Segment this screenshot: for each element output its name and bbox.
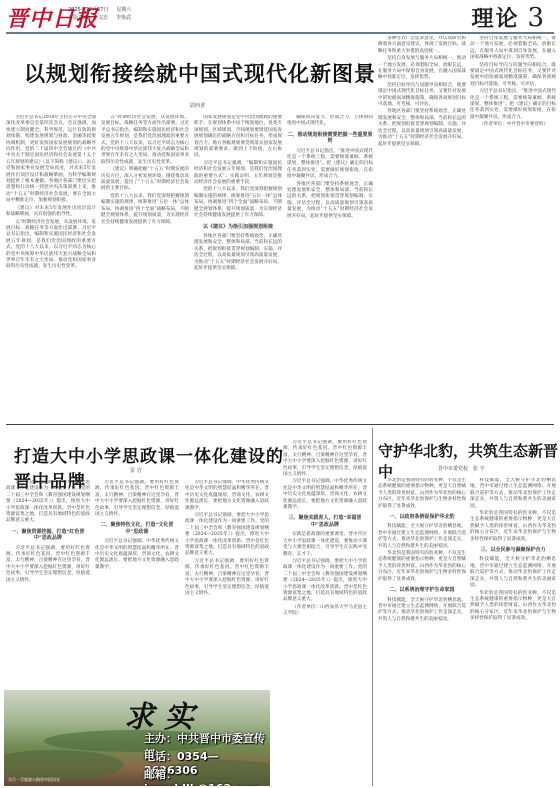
section-heading: 二、推动规划衔接需要把握一些重要原则	[287, 132, 373, 145]
article2-col-1: 习近平总书记强调，要把大中小学思政课一体化建设作为一项重要工作。党的二十届三中全…	[6, 480, 90, 685]
paragraph: 党的十八大以来，我们党深刻把握规划编制实施的规律，统筹推进“五位一体”总体布局，…	[194, 187, 282, 219]
page-header: 晋中日报 2025年12月27日星期六 本版责编：王文忠李艳武 理论3	[0, 0, 560, 34]
editor-label: 本版责编：	[68, 15, 93, 21]
ad-banner: 求实 主办：中共晋中市委宣传部 电话：0354—2636306 邮箱：jzsxc…	[4, 690, 270, 786]
column-divider	[372, 428, 373, 786]
paragraph: 习近平总书记强调，要用好红色资源，传承好红色基因。晋中红色资源丰富，太行精神、吕…	[283, 440, 367, 478]
section-heading: 二、以系统治理守护生命家园	[378, 587, 466, 593]
top-article-col-2: 五”时期经济社会发展，从发展环境、发展目标、战略任务等方面作出部署。习近平总书记…	[101, 115, 189, 412]
article3-author: 晋中市委党校 张 宇	[438, 465, 485, 472]
paragraph: 科技赋能，全天候守护华北豹栖息地。晋中市通过建立生态监测网络、开展联合巡护等方式…	[470, 557, 556, 589]
section-heading: 一、以政府条例促保护华北豹	[378, 514, 466, 520]
paragraph: 坚持自身发展与服务大局相统一。推动一个地方发展，必须着眼全局、放眼长远，在服务大…	[470, 36, 556, 62]
author-note: （作者单位：山西农业大学马克思主义学院）	[283, 605, 367, 618]
article3-title: 守护华北豹，共筑生态新晋中	[378, 440, 558, 482]
designer-name: 李艳武	[116, 15, 131, 21]
article2-col-4: 习近平总书记强调，要用好红色资源，传承好红色基因。晋中红色资源丰富，太行精神、吕…	[283, 440, 367, 785]
issue-weekday: 星期六	[116, 7, 131, 13]
article2-col-3: 习近平总书记强调，中华优秀传统文化是中华文明的智慧结晶和精华所在。晋中历史文化底…	[185, 480, 269, 685]
issue-date: 2025年12月27日	[68, 7, 108, 13]
paragraph: 五”时期经济社会发展，从发展环境、发展目标、战略任务等方面作出部署。习近平总书记…	[6, 220, 96, 271]
paragraph: 习近平总书记强调，要用好红色资源，传承好红色基因。晋中红色资源丰富，太行精神、吕…	[185, 559, 269, 597]
paragraph: 各地区各部门要坚持系统观念，正确处理发展和安全、整体和局部、当前和长远的关系，把…	[194, 234, 282, 272]
paragraph: 习近平总书记强调，要用好红色资源，传承好红色基因。晋中红色资源丰富，太行精神、吕…	[95, 480, 179, 518]
paragraph: 五”时期经济社会发展，从发展环境、发展目标、战略任务等方面作出部署。习近平总书记…	[101, 115, 189, 166]
article2-col-2: 习近平总书记强调，要用好红色资源，传承好红色基因。晋中红色资源丰富，太行精神、吕…	[95, 480, 179, 685]
author-note: （作者单位：中共晋中市委党校）	[470, 122, 556, 128]
paragraph: 习近平总书记强调，“编制和实施国民经济和社会发展五年规划，是我们党治国理政的重要…	[194, 161, 282, 187]
top-article-col-6: 坚持自身发展与服务大局相统一。推动一个地方发展，必须着眼全局、放眼长远，在服务大…	[470, 36, 556, 412]
paragraph: 多种方式广泛征求意见，并认真研究和吸收各方面意见建议，体现了发展目标、战略任务和…	[378, 36, 466, 55]
top-article-author: 尉西香	[190, 102, 205, 109]
paragraph: 《建议》对未来5年发展作出顶层设计和战略擘画，具有很强的指导性。	[6, 206, 96, 219]
paragraph: 坚持自身发展与服务大局相统一。推动一个地方发展，必须着眼全局、放眼长远，在服务大…	[378, 56, 466, 82]
paragraph: 国家发展规划是党中央治国理政的重要抓手，在规划体系中居于统领地位，各类专项规划、…	[194, 115, 282, 160]
article3-col-2: 科技赋能，全天候守护华北豹栖息地。晋中市通过建立生态监测网络、开展联合巡护等方式…	[470, 478, 556, 786]
paragraph: 习近平总书记强调，要把大中小学思政课一体化建设作为一项重要工作。党的二十届三中全…	[283, 559, 367, 604]
paragraph: 华北豹是我国特有的豹亚种，不仅是生态系统健康的重要指示物种，更是大自然赋予人类的…	[470, 591, 556, 623]
top-article-col-4: 确保同向发力、形成合力，立体协同推进中国式现代化。 二、推动规划衔接需要把握一些…	[287, 115, 373, 412]
top-article-col-3: 国家发展规划是党中央治国理政的重要抓手，在规划体系中居于统领地位，各类专项规划、…	[194, 115, 282, 412]
paragraph: 坚持目标导向与问题导向相结合，既要锚定中国式现代化目标任务，又要针对发展中的短板…	[378, 83, 466, 109]
paragraph: 习近平总书记强调，要把大中小学思政课一体化建设作为一项重要工作。党的二十届三中全…	[185, 513, 269, 558]
ad-email: 邮箱：jzsxcbllk@163.com	[144, 766, 270, 786]
section-name: 理论3	[471, 2, 546, 33]
editor-name: 王文忠	[93, 15, 108, 21]
paragraph: 坚持目标导向与问题导向相结合，既要锚定中国式现代化目标任务，又要针对发展中的短板…	[470, 63, 556, 89]
paragraph: 科技赋能，全天候守护华北豹栖息地。晋中市通过建立生态监测网络、开展联合巡护等方式…	[378, 598, 466, 624]
top-article-col-1: 习近平总书记2018年主持召开中央全面深化改革委员会第四次会议，会议强调，加快建…	[6, 115, 96, 412]
paragraph: 《建议》明确把握“十五五”时期发展的历史方位，深入分析发展环境，围绕推动高质量发…	[101, 167, 189, 193]
paragraph: 习近平总书记强调，要把大中小学思政课一体化建设作为一项重要工作。党的二十届三中全…	[6, 480, 90, 525]
article2-author: 雷 岩	[130, 467, 142, 474]
issue-meta: 2025年12月27日星期六 本版责编：王文忠李艳武	[68, 6, 139, 22]
section-heading: 三、聚焦实践育人，打造“幸福晋中”思政品牌	[283, 515, 367, 528]
paragraph: 实践是思政课的重要课堂。晋中市区大中小学思政课一体化建设，要推动小课堂与大课堂相…	[283, 532, 367, 558]
section-divider	[6, 424, 554, 425]
paragraph: 华北豹是我国特有的豹亚种，不仅是生态系统健康的重要指示物种，更是大自然赋予人类的…	[378, 551, 466, 583]
paragraph: 科技赋能，全天候守护华北豹栖息地。晋中市通过建立生态监测网络、开展联合巡护等方式…	[378, 524, 466, 550]
paragraph: 习近平总书记指出，“推进中国式现代化是一个系统工程，需要统筹兼顾、系统谋划、整体…	[470, 89, 556, 121]
section-heading: 一、聚焦资源挖掘，打造“红色晋中”思政品牌	[6, 529, 90, 542]
paragraph: 习近平总书记2018年主持召开中央全面深化改革委员会第四次会议，会议强调，加快建…	[6, 115, 96, 205]
top-article-title: 以规划衔接绘就中国式现代化新图景	[20, 58, 380, 88]
paragraph: 党的十八大以来，我们党深刻把握规划编制实施的规律，统筹推进“五位一体”总体布局，…	[101, 194, 189, 226]
article3-col-1: 华北豹是我国特有的豹亚种，不仅是生态系统健康的重要指示物种，更是大自然赋予人类的…	[378, 478, 466, 786]
ad-photo-caption: 太行一号旅游公路晋中段风光	[8, 777, 60, 783]
section-heading: 三、以全民参与凝聚保护合力	[470, 547, 556, 553]
section-heading: 二、聚焦特色文化，打造“文化晋中”思政课	[95, 522, 179, 535]
header-rule	[6, 32, 554, 34]
paragraph: 各地区各部门要坚持系统观念，正确处理发展和安全、整体和局部、当前和长远的关系，把…	[287, 182, 373, 220]
section-title: 理论	[471, 6, 519, 32]
paragraph: 习近平总书记强调，中华优秀传统文化是中华文明的智慧结晶和精华所在。晋中历史文化底…	[185, 480, 269, 512]
paragraph: 华北豹是我国特有的豹亚种，不仅是生态系统健康的重要指示物种，更是大自然赋予人类的…	[378, 478, 466, 510]
paragraph: 习近平总书记强调，要用好红色资源，传承好红色基因。晋中红色资源丰富，太行精神、吕…	[6, 546, 90, 584]
page-number: 3	[527, 3, 546, 33]
paragraph: 科技赋能，全天候守护华北豹栖息地。晋中市通过建立生态监测网络、开展联合巡护等方式…	[470, 478, 556, 510]
paragraph: 习近平总书记强调，中华优秀传统文化是中华文明的智慧结晶和精华所在。晋中历史文化底…	[283, 479, 367, 511]
paragraph: 各地区各部门要坚持系统观念，正确处理发展和安全、整体和局部、当前和长远的关系，把…	[378, 109, 466, 147]
paragraph: 习近平总书记指出，“推进中国式现代化是一个系统工程，需要统筹兼顾、系统谋划、整体…	[287, 149, 373, 181]
top-article-col-5: 多种方式广泛征求意见，并认真研究和吸收各方面意见建议，体现了发展目标、战略任务和…	[378, 36, 466, 412]
paragraph: 华北豹是我国特有的豹亚种，不仅是生态系统健康的重要指示物种，更是大自然赋予人类的…	[470, 511, 556, 543]
section-heading: 以《建议》为指引加强规划衔接	[194, 224, 282, 230]
paragraph: 确保同向发力、形成合力，立体协同推进中国式现代化。	[287, 115, 373, 128]
paragraph: 习近平总书记强调，中华优秀传统文化是中华文明的智慧结晶和精华所在。晋中历史文化底…	[95, 539, 179, 571]
landscape-ridge	[4, 750, 124, 780]
